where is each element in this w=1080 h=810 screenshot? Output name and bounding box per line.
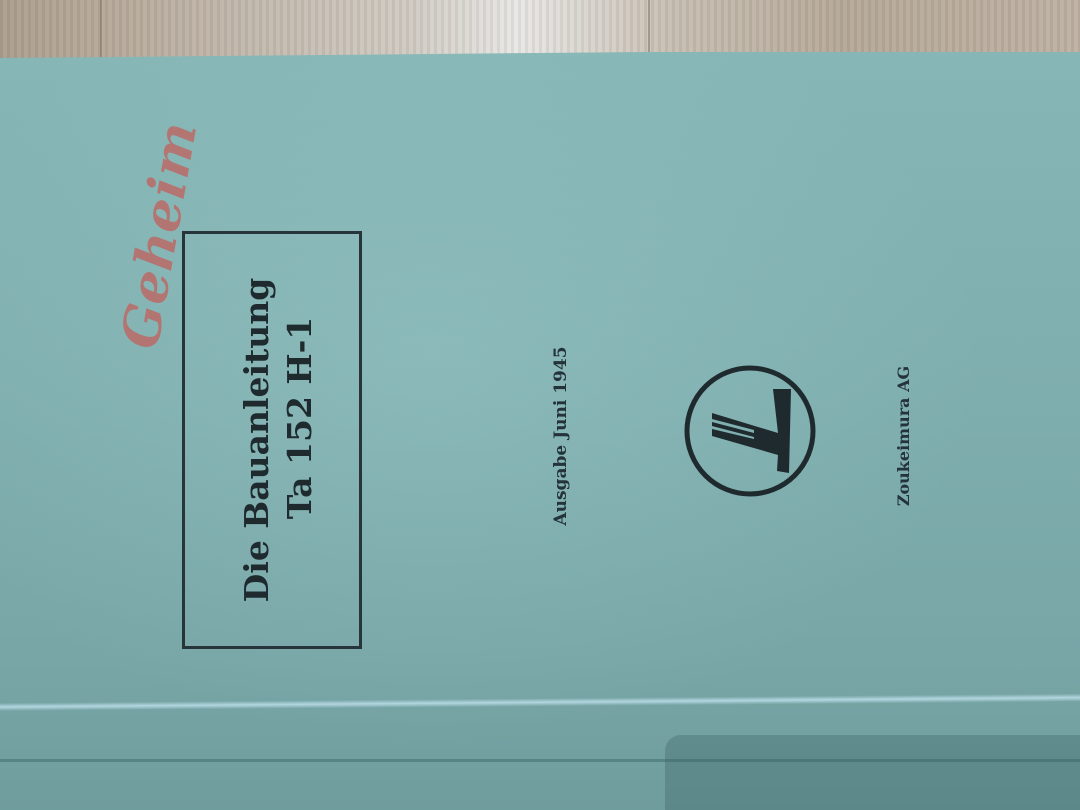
focke-wulf-logo-icon	[682, 363, 818, 499]
wood-seam	[648, 0, 650, 60]
cover-shadow	[665, 735, 1080, 810]
document-title: Die Bauanleitung	[237, 230, 277, 650]
edition-date: Ausgabe Juni 1945	[549, 316, 573, 556]
aircraft-designation: Ta 152 H-1	[280, 268, 320, 568]
publisher-name: Zoukeimura AG	[892, 336, 916, 536]
wood-seam	[100, 0, 102, 60]
